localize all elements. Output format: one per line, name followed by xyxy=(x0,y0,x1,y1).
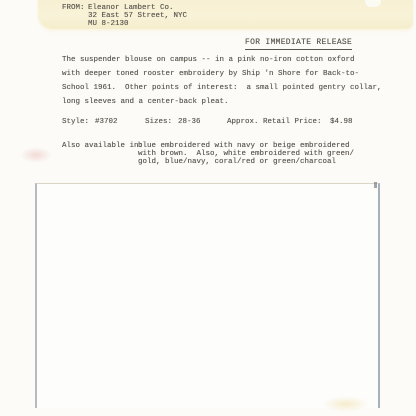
price-value: $4.98 xyxy=(330,118,353,126)
sender-phone: MU 8-2130 xyxy=(88,20,129,28)
yellow-age-smudge xyxy=(322,396,370,412)
style-label: Style: xyxy=(62,118,89,126)
sender-address: 32 East 57 Street, NYC xyxy=(88,12,187,20)
body-line: with deeper toned rooster embroidery by … xyxy=(62,70,359,78)
availability-line: blue embroidered with navy or beige embr… xyxy=(138,142,350,150)
sizes-value: 28-36 xyxy=(178,118,201,126)
body-line: long sleeves and a center-back pleat. xyxy=(62,98,229,106)
body-line: School 1961. Other points of interest: a… xyxy=(62,84,382,92)
style-value: #3702 xyxy=(95,118,118,126)
photo-placeholder-box xyxy=(35,183,380,408)
price-label: Approx. Retail Price: xyxy=(227,118,322,126)
sender-company: Eleanor Lambert Co. xyxy=(88,4,174,12)
photo-box-corner-mark xyxy=(374,182,377,188)
body-line: The suspender blouse on campus -- in a p… xyxy=(62,56,355,64)
availability-line: with brown. Also, white embroidered with… xyxy=(138,150,354,158)
availability-line: gold, blue/navy, coral/red or green/char… xyxy=(138,158,336,166)
from-label: FROM: xyxy=(62,4,85,12)
pink-ink-smudge xyxy=(20,147,52,163)
availability-label: Also available in: xyxy=(62,142,143,150)
press-release-page: FROM: Eleanor Lambert Co. 32 East 57 Str… xyxy=(0,0,416,416)
sizes-label: Sizes: xyxy=(145,118,172,126)
release-heading: FOR IMMEDIATE RELEASE xyxy=(245,38,352,50)
